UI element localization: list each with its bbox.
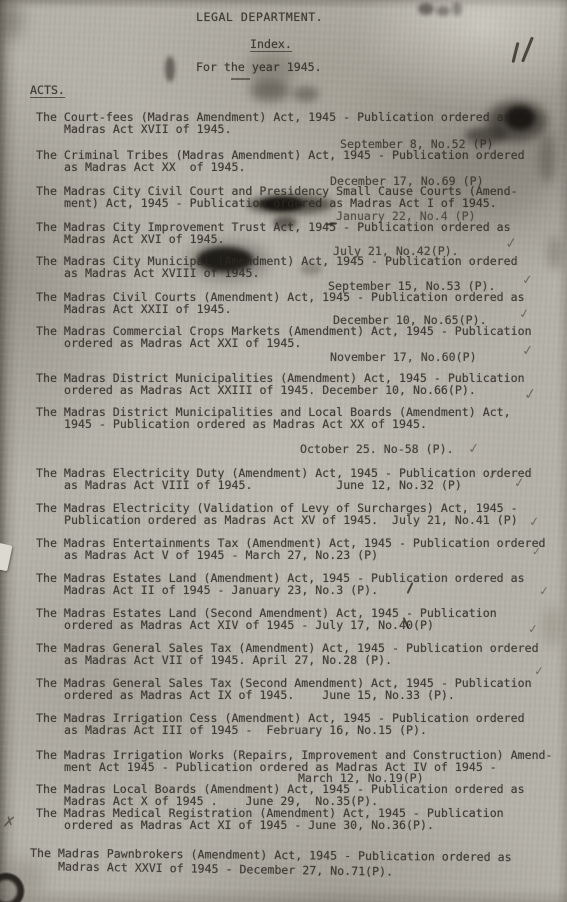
scanned-index-page: LEGAL DEPARTMENT. Index. For the year 19…: [0, 0, 567, 902]
typewritten-line: as Madras Act V of 1945 - March 27, No.2…: [64, 550, 378, 561]
page-title: LEGAL DEPARTMENT.: [196, 12, 323, 23]
typewritten-line: October 25. No-58 (P).: [300, 444, 454, 455]
section-heading-acts: ACTS.: [30, 85, 65, 98]
pencil-checkmark-icon: ✓: [538, 584, 549, 599]
pencil-checkmark-icon: ✓: [523, 384, 538, 404]
pencil-checkmark-icon: ✓: [521, 342, 534, 359]
typewritten-line: Madras Act XXII of 1945.: [64, 304, 232, 315]
ink-stain: [452, 2, 462, 16]
pencil-checkmark-icon: ✓: [533, 664, 544, 679]
ink-stain: [293, 86, 319, 102]
typewritten-line: Madras Act XXVI of 1945 - December 27, N…: [58, 861, 393, 877]
typewritten-line: as Madras Act XVIII of 1945.: [64, 268, 259, 279]
pencil-checkmark-icon: ✓: [528, 514, 540, 530]
pencil-checkmark-icon: ✓: [521, 273, 533, 289]
typewritten-line: ordered as Madras Act XI of 1945 - June …: [64, 820, 434, 831]
ink-stain: [548, 236, 561, 270]
ink-stain: [250, 80, 290, 102]
typewritten-line: ordered as Madras Act XXI of 1945.: [64, 338, 301, 349]
ink-stain: [436, 6, 450, 16]
typewritten-line: ordered as Madras Act XIV of 1945 - July…: [64, 620, 434, 631]
torn-edge-notch: [0, 543, 13, 572]
ink-stain: [539, 133, 555, 183]
typewritten-line: 1945 - Publication ordered as Madras Act…: [64, 419, 427, 430]
typewritten-line: Madras Act XVI of 1945.: [64, 234, 225, 245]
typewritten-line: as Madras Act VII of 1945. April 27, No.…: [64, 655, 392, 666]
pen-stroke-mark: [512, 42, 520, 63]
ink-stain: [165, 56, 175, 82]
typewritten-line: as Madras Act III of 1945 - February 16,…: [64, 725, 427, 736]
pencil-checkmark-icon: ✓: [467, 440, 480, 457]
typewritten-line: ordered as Madras Act IX of 1945. June 1…: [64, 690, 455, 701]
ink-ring-stain: [0, 872, 25, 902]
typed-dash-underline: [231, 78, 250, 80]
pencil-checkmark-icon: ✓: [518, 306, 531, 323]
typewritten-line: ment) Act, 1945 - Publication ordered as…: [64, 198, 497, 209]
typewritten-line: Madras Act II of 1945 - January 23, No.3…: [64, 585, 378, 596]
typewritten-line: ment Act 1945 - Publication ordered as M…: [64, 762, 497, 773]
pencil-checkmark-icon: ✓: [527, 622, 538, 637]
typewritten-line: as Madras Act XX of 1945.: [64, 162, 245, 173]
ink-stain: [418, 3, 434, 15]
year-subtitle: For the year 1945.: [196, 62, 322, 73]
index-heading: Index.: [250, 39, 292, 52]
typewritten-line: ordered as Madras Act XXIII of 1945. Dec…: [64, 385, 476, 396]
typewritten-line: as Madras Act VIII of 1945. June 12, No.…: [64, 480, 462, 491]
typewritten-line: Publication ordered as Madras Act XV of …: [64, 515, 518, 526]
pencil-x-mark-icon: ✗: [2, 812, 17, 832]
pencil-checkmark-icon: ✓: [504, 233, 519, 253]
ink-stain: [0, 858, 44, 902]
typewritten-line: Madras Act XVII of 1945.: [64, 124, 232, 135]
ink-stain: [542, 606, 562, 646]
typewritten-line: November 17, No.60(P): [330, 352, 477, 363]
pen-stroke-mark: [521, 36, 534, 62]
ink-stain: [0, 0, 22, 40]
